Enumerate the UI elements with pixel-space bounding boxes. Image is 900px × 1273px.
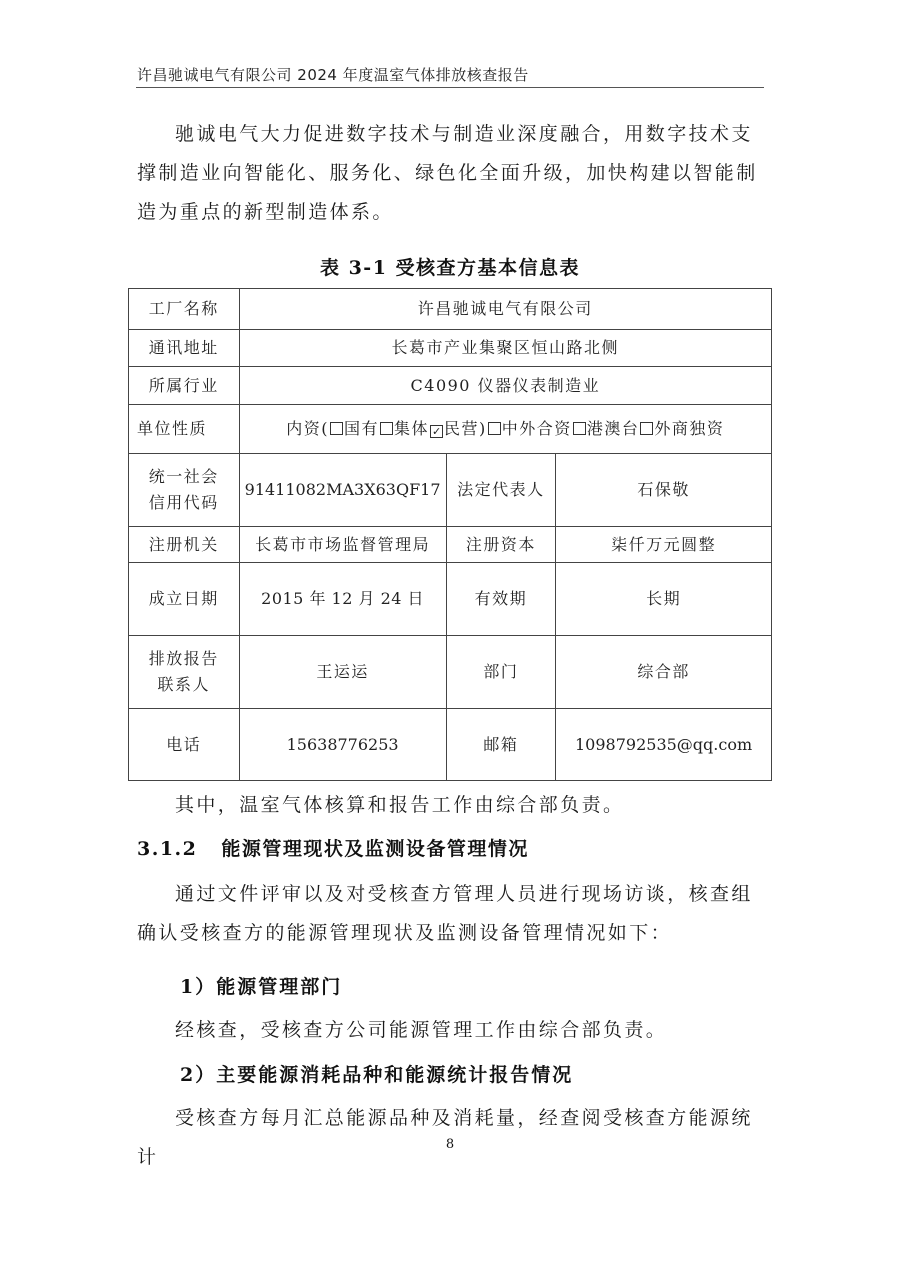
cell-value: 15638776253 (239, 709, 446, 781)
table-row: 电话 15638776253 邮箱 1098792535@qq.com (129, 709, 772, 781)
table-row: 注册机关 长葛市市场监督管理局 注册资本 柒仟万元圆整 (129, 527, 772, 563)
table-row: 成立日期 2015 年 12 月 24 日 有效期 长期 (129, 563, 772, 636)
section-paragraph: 通过文件评审以及对受核查方管理人员进行现场访谈，核查组确认受核查方的能源管理现状… (137, 875, 767, 953)
section-title: 能源管理现状及监测设备管理情况 (221, 838, 529, 860)
cell-label: 排放报告联系人 (129, 636, 240, 709)
cell-label: 部门 (446, 636, 556, 709)
intro-paragraph: 驰诚电气大力促进数字技术与制造业深度融合，用数字技术支撑制造业向智能化、服务化、… (137, 115, 767, 232)
cell-value: 许昌驰诚电气有限公司 (239, 289, 771, 330)
table-row: 通讯地址 长葛市产业集聚区恒山路北侧 (129, 330, 772, 367)
cell-value: 综合部 (556, 636, 772, 709)
checkbox-state-owned (330, 422, 343, 435)
checkbox-private-checked: ✓ (430, 425, 443, 438)
checkbox-collective (380, 422, 393, 435)
table-row: 单位性质 内资(国有集体✓民营)中外合资港澳台外商独资 (129, 405, 772, 454)
table-caption: 表 3-1 受核查方基本信息表 (0, 253, 900, 280)
cell-label: 有效期 (446, 563, 556, 636)
checkbox-foreign-owned (640, 422, 653, 435)
sub1-text: 经核查，受核查方公司能源管理工作由综合部负责。 (137, 1011, 767, 1050)
cell-value: 长葛市市场监督管理局 (239, 527, 446, 563)
cell-label: 法定代表人 (446, 454, 556, 527)
cell-value: 王运运 (239, 636, 446, 709)
table-row: 所属行业 C4090 仪器仪表制造业 (129, 367, 772, 405)
after-table-text: 其中，温室气体核算和报告工作由综合部负责。 (137, 786, 767, 825)
table-row: 统一社会信用代码 91411082MA3X63QF17 法定代表人 石保敬 (129, 454, 772, 527)
basic-info-table: 工厂名称 许昌驰诚电气有限公司 通讯地址 长葛市产业集聚区恒山路北侧 所属行业 … (128, 288, 772, 781)
checkbox-hk-macao-taiwan (573, 422, 586, 435)
cell-label: 统一社会信用代码 (129, 454, 240, 527)
cell-label: 注册资本 (446, 527, 556, 563)
subheading-1: 1）能源管理部门 (180, 972, 342, 999)
subheading-2: 2）主要能源消耗品种和能源统计报告情况 (180, 1060, 573, 1087)
cell-label: 通讯地址 (129, 330, 240, 367)
cell-label: 所属行业 (129, 367, 240, 405)
unit-nature-options: 内资(国有集体✓民营)中外合资港澳台外商独资 (239, 405, 771, 454)
page-number: 8 (0, 1137, 900, 1152)
cell-label: 邮箱 (446, 709, 556, 781)
running-header: 许昌驰诚电气有限公司 2024 年度温室气体排放核查报告 (137, 64, 529, 85)
cell-label: 单位性质 (129, 405, 240, 454)
cell-label: 注册机关 (129, 527, 240, 563)
section-number: 3.1.2 (137, 838, 197, 860)
cell-value: 1098792535@qq.com (556, 709, 772, 781)
cell-value: 91411082MA3X63QF17 (239, 454, 446, 527)
cell-value: 石保敬 (556, 454, 772, 527)
cell-value: 2015 年 12 月 24 日 (239, 563, 446, 636)
cell-value: C4090 仪器仪表制造业 (239, 367, 771, 405)
section-heading: 3.1.2能源管理现状及监测设备管理情况 (137, 834, 529, 861)
table-row: 工厂名称 许昌驰诚电气有限公司 (129, 289, 772, 330)
table-row: 排放报告联系人 王运运 部门 综合部 (129, 636, 772, 709)
checkbox-joint-venture (488, 422, 501, 435)
cell-value: 柒仟万元圆整 (556, 527, 772, 563)
cell-value: 长葛市产业集聚区恒山路北侧 (239, 330, 771, 367)
cell-label: 工厂名称 (129, 289, 240, 330)
cell-label: 电话 (129, 709, 240, 781)
cell-label: 成立日期 (129, 563, 240, 636)
cell-value: 长期 (556, 563, 772, 636)
header-divider (136, 87, 764, 88)
